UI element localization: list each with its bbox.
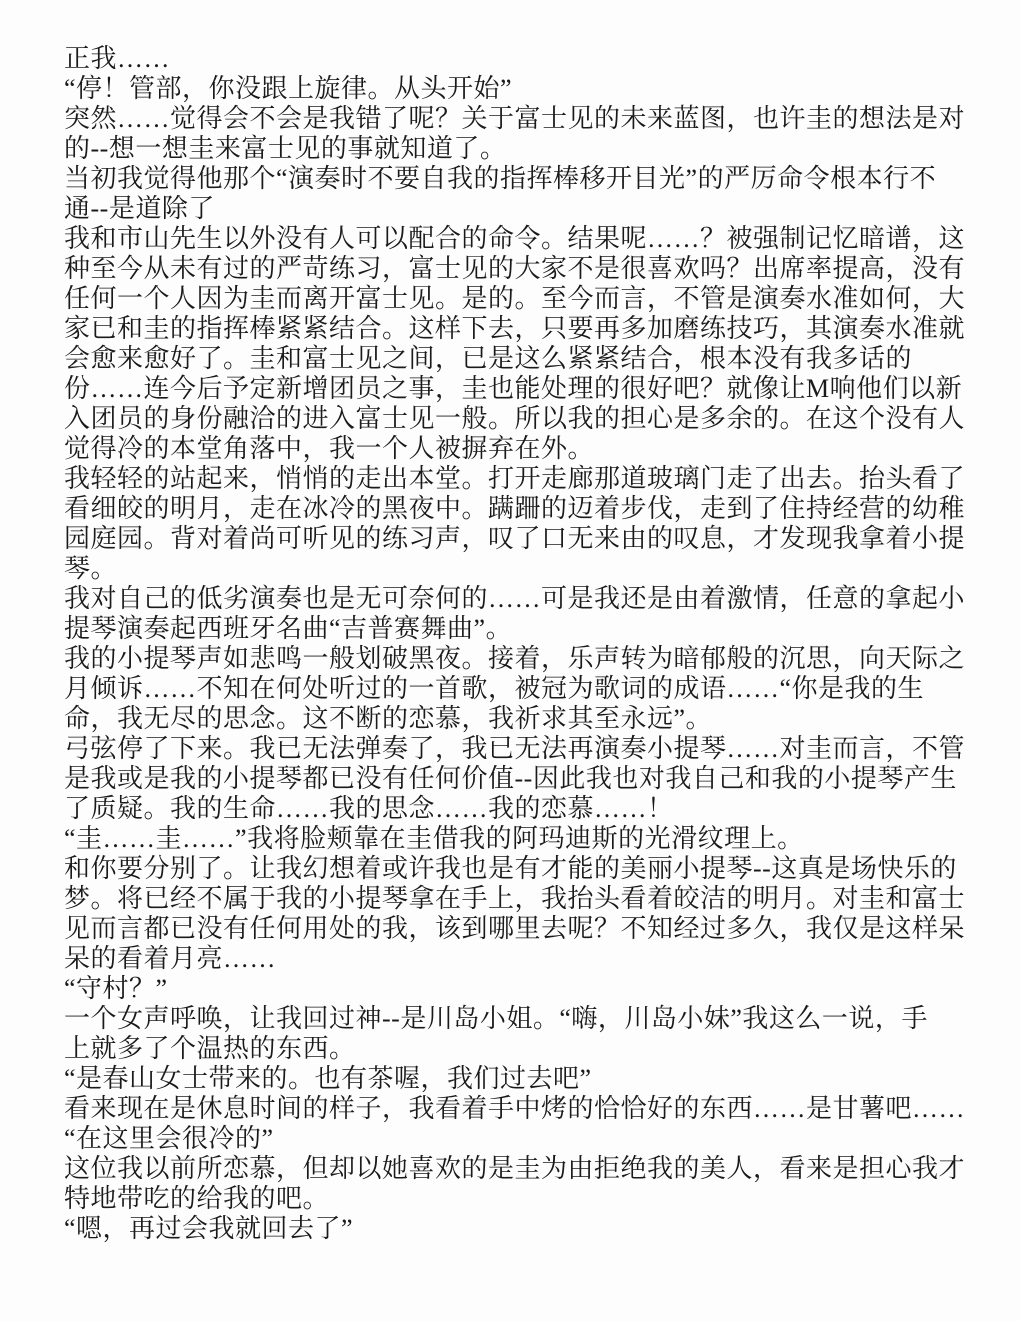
text-line: 我轻轻的站起来，悄悄的走出本堂。打开走廊那道玻璃门走了出去。抬头看了	[64, 464, 969, 494]
text-line: 家已和圭的指挥棒紧紧结合。这样下去，只要再多加磨练技巧，其演奏水准就	[64, 314, 969, 344]
text-line: 了质疑。我的生命……我的思念……我的恋慕……！	[64, 794, 969, 824]
text-line: “是春山女士带来的。也有茶喔，我们过去吧”	[64, 1064, 969, 1094]
text-line: 我和市山先生以外没有人可以配合的命令。结果呢……？被强制记忆暗谱，这	[64, 224, 969, 254]
text-line: “嗯，再过会我就回去了”	[64, 1214, 969, 1244]
text-line: 月倾诉……不知在何处听过的一首歌，被冠为歌词的成语……“你是我的生	[64, 674, 969, 704]
document-page: 正我……“停！管部，你没跟上旋律。从头开始”突然……觉得会不会是我错了呢？关于富…	[0, 0, 1021, 1321]
text-line: 和你要分别了。让我幻想着或许我也是有才能的美丽小提琴--这真是场快乐的	[64, 854, 969, 884]
text-line: 觉得冷的本堂角落中，我一个人被摒弃在外。	[64, 434, 969, 464]
text-line: 梦。将已经不属于我的小提琴拿在手上，我抬头看着皎洁的明月。对圭和富士	[64, 884, 969, 914]
text-line: “停！管部，你没跟上旋律。从头开始”	[64, 74, 969, 104]
text-line: 我对自己的低劣演奏也是无可奈何的……可是我还是由着激情，任意的拿起小	[64, 584, 969, 614]
text-line: 命，我无尽的思念。这不断的恋慕，我祈求其至永远”。	[64, 704, 969, 734]
text-line: 看细皎的明月，走在冰冷的黑夜中。蹒跚的迈着步伐，走到了住持经营的幼稚	[64, 494, 969, 524]
text-line: 提琴演奏起西班牙名曲“吉普赛舞曲”。	[64, 614, 969, 644]
text-line: 是我或是我的小提琴都已没有任何价值--因此我也对我自己和我的小提琴产生	[64, 764, 969, 794]
text-line: 呆的看着月亮……	[64, 944, 969, 974]
text-line: “圭……圭……”我将脸颊靠在圭借我的阿玛迪斯的光滑纹理上。	[64, 824, 969, 854]
text-line: 的--想一想圭来富士见的事就知道了。	[64, 134, 969, 164]
text-line: 这位我以前所恋慕，但却以她喜欢的是圭为由拒绝我的美人，看来是担心我才	[64, 1154, 969, 1184]
text-line: 种至今从未有过的严苛练习，富士见的大家不是很喜欢吗？出席率提高，没有	[64, 254, 969, 284]
text-line: 园庭园。背对着尚可听见的练习声，叹了口无来由的叹息，才发现我拿着小提	[64, 524, 969, 554]
text-line: 通--是道除了	[64, 194, 969, 224]
text-line: 会愈来愈好了。圭和富士见之间，已是这么紧紧结合，根本没有我多话的	[64, 344, 969, 374]
text-line: 当初我觉得他那个“演奏时不要自我的指挥棒移开目光”的严厉命令根本行不	[64, 164, 969, 194]
text-line: 正我……	[64, 44, 969, 74]
text-line: 份……连今后予定新增团员之事，圭也能处理的很好吧？就像让M响他们以新	[64, 374, 969, 404]
text-line: 上就多了个温热的东西。	[64, 1034, 969, 1064]
story-text: 正我……“停！管部，你没跟上旋律。从头开始”突然……觉得会不会是我错了呢？关于富…	[64, 44, 969, 1244]
text-line: “守村？”	[64, 974, 969, 1004]
text-line: “在这里会很冷的”	[64, 1124, 969, 1154]
text-line: 突然……觉得会不会是我错了呢？关于富士见的未来蓝图，也许圭的想法是对	[64, 104, 969, 134]
text-line: 任何一个人因为圭而离开富士见。是的。至今而言，不管是演奏水准如何，大	[64, 284, 969, 314]
text-line: 见而言都已没有任何用处的我，该到哪里去呢？不知经过多久，我仅是这样呆	[64, 914, 969, 944]
text-line: 入团员的身份融洽的进入富士见一般。所以我的担心是多余的。在这个没有人	[64, 404, 969, 434]
text-line: 特地带吃的给我的吧。	[64, 1184, 969, 1214]
text-line: 我的小提琴声如悲鸣一般划破黑夜。接着，乐声转为暗郁般的沉思，向天际之	[64, 644, 969, 674]
text-line: 看来现在是休息时间的样子，我看着手中烤的恰恰好的东西……是甘薯吧……	[64, 1094, 969, 1124]
text-line: 弓弦停了下来。我已无法弹奏了，我已无法再演奏小提琴……对圭而言，不管	[64, 734, 969, 764]
text-line: 一个女声呼唤，让我回过神--是川岛小姐。“嗨，川岛小妹”我这么一说，手	[64, 1004, 969, 1034]
text-line: 琴。	[64, 554, 969, 584]
